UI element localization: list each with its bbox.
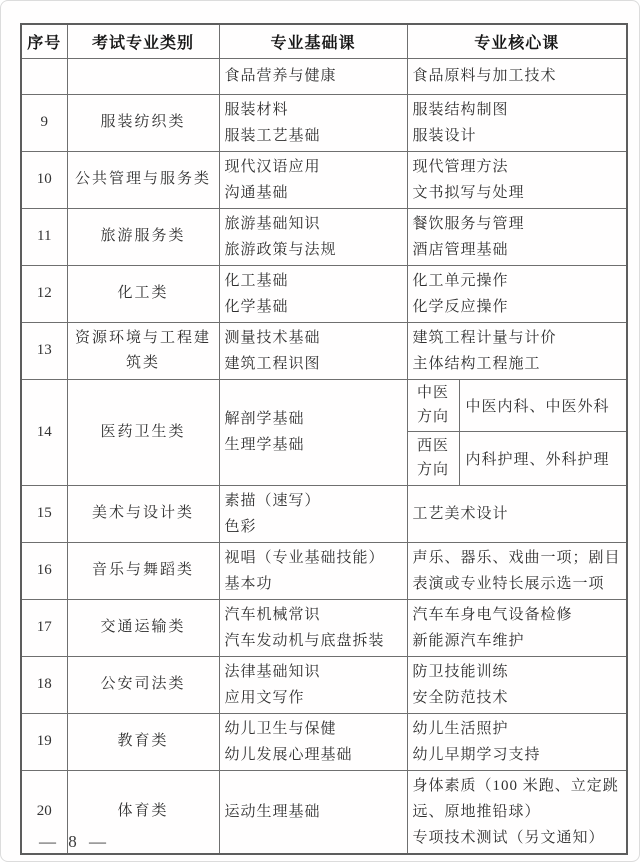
serial-cell: 17: [21, 599, 67, 656]
serial-cell: 15: [21, 485, 67, 542]
category-cell: 交通运输类: [67, 599, 219, 656]
course-line: 素描（速写）: [225, 488, 405, 514]
document-page: 序号 考试专业类别 专业基础课 专业核心课 食品营养与健康食品原料与加工技术9服…: [0, 0, 640, 862]
category-cell: 美术与设计类: [67, 485, 219, 542]
serial-cell: 16: [21, 542, 67, 599]
table-row: 9服装纺织类服装材料服装工艺基础服装结构制图服装设计: [21, 94, 627, 151]
table-row: 20体育类运动生理基础身体素质（100 米跑、立定跳远、原地推铅球）专项技术测试…: [21, 770, 627, 854]
basic-courses-cell: 服装材料服装工艺基础: [219, 94, 407, 151]
table-row: 食品营养与健康食品原料与加工技术: [21, 58, 627, 94]
basic-courses-cell: 旅游基础知识旅游政策与法规: [219, 208, 407, 265]
category-cell: 医药卫生类: [67, 379, 219, 485]
course-line: 主体结构工程施工: [413, 351, 625, 377]
course-line: 幼儿发展心理基础: [225, 742, 405, 768]
course-line: 运动生理基础: [225, 799, 405, 825]
core-courses-cell: 中医内科、中医外科: [459, 379, 627, 431]
serial-cell: 11: [21, 208, 67, 265]
category-cell: 公共管理与服务类: [67, 151, 219, 208]
course-line: 酒店管理基础: [413, 237, 625, 263]
course-line: 化学基础: [225, 294, 405, 320]
basic-courses-cell: 化工基础化学基础: [219, 265, 407, 322]
table-row: 15美术与设计类素描（速写）色彩工艺美术设计: [21, 485, 627, 542]
basic-courses-cell: 视唱（专业基础技能）基本功: [219, 542, 407, 599]
table-row: 13资源环境与工程建筑类测量技术基础建筑工程识图建筑工程计量与计价主体结构工程施…: [21, 322, 627, 379]
course-line: 防卫技能训练: [413, 659, 625, 685]
core-courses-cell: 内科护理、外科护理: [459, 431, 627, 485]
course-line: 基本功: [225, 571, 405, 597]
category-cell: 音乐与舞蹈类: [67, 542, 219, 599]
table-row: 10公共管理与服务类现代汉语应用沟通基础现代管理方法文书拟写与处理: [21, 151, 627, 208]
column-header-category: 考试专业类别: [67, 24, 219, 58]
course-line: 测量技术基础: [225, 325, 405, 351]
serial-cell: 9: [21, 94, 67, 151]
course-line: 工艺美术设计: [413, 501, 625, 527]
basic-courses-cell: 测量技术基础建筑工程识图: [219, 322, 407, 379]
course-line: 幼儿早期学习支持: [413, 742, 625, 768]
table-row: 14医药卫生类解剖学基础生理学基础中医方向中医内科、中医外科: [21, 379, 627, 431]
table-row: 19教育类幼儿卫生与保健幼儿发展心理基础幼儿生活照护幼儿早期学习支持: [21, 713, 627, 770]
category-cell: [67, 58, 219, 94]
core-courses-cell: 防卫技能训练安全防范技术: [407, 656, 627, 713]
course-line: 声乐、器乐、戏曲一项；剧目表演或专业特长展示选一项: [413, 545, 625, 597]
serial-cell: 13: [21, 322, 67, 379]
basic-courses-cell: 运动生理基础: [219, 770, 407, 854]
course-line: 服装结构制图: [413, 97, 625, 123]
table-row: 11旅游服务类旅游基础知识旅游政策与法规餐饮服务与管理酒店管理基础: [21, 208, 627, 265]
course-line: 色彩: [225, 514, 405, 540]
category-cell: 化工类: [67, 265, 219, 322]
course-line: 幼儿生活照护: [413, 716, 625, 742]
course-line: 汽车机械常识: [225, 602, 405, 628]
course-line: 化学反应操作: [413, 294, 625, 320]
course-line: 身体素质（100 米跑、立定跳远、原地推铅球）: [413, 773, 625, 825]
core-courses-cell: 建筑工程计量与计价主体结构工程施工: [407, 322, 627, 379]
column-header-basic-courses: 专业基础课: [219, 24, 407, 58]
course-line: 专项技术测试（另文通知）: [413, 825, 625, 851]
category-cell: 旅游服务类: [67, 208, 219, 265]
core-courses-cell: 声乐、器乐、戏曲一项；剧目表演或专业特长展示选一项: [407, 542, 627, 599]
serial-cell: 12: [21, 265, 67, 322]
course-line: 汽车发动机与底盘拆装: [225, 628, 405, 654]
basic-courses-cell: 素描（速写）色彩: [219, 485, 407, 542]
course-line: 服装材料: [225, 97, 405, 123]
basic-courses-cell: 食品营养与健康: [219, 58, 407, 94]
course-line: 现代管理方法: [413, 154, 625, 180]
core-courses-cell: 现代管理方法文书拟写与处理: [407, 151, 627, 208]
serial-cell: [21, 58, 67, 94]
course-line: 化工基础: [225, 268, 405, 294]
course-line: 食品营养与健康: [225, 63, 405, 89]
course-line: 服装设计: [413, 123, 625, 149]
exam-specialty-table: 序号 考试专业类别 专业基础课 专业核心课 食品营养与健康食品原料与加工技术9服…: [20, 23, 628, 855]
course-line: 餐饮服务与管理: [413, 211, 625, 237]
course-line: 建筑工程识图: [225, 351, 405, 377]
course-line: 应用文写作: [225, 685, 405, 711]
course-line: 文书拟写与处理: [413, 180, 625, 206]
course-line: 新能源汽车维护: [413, 628, 625, 654]
core-courses-cell: 食品原料与加工技术: [407, 58, 627, 94]
category-cell: 教育类: [67, 713, 219, 770]
category-cell: 公安司法类: [67, 656, 219, 713]
basic-courses-cell: 现代汉语应用沟通基础: [219, 151, 407, 208]
course-line: 解剖学基础: [225, 406, 405, 432]
table-row: 16音乐与舞蹈类视唱（专业基础技能）基本功声乐、器乐、戏曲一项；剧目表演或专业特…: [21, 542, 627, 599]
table-row: 18公安司法类法律基础知识应用文写作防卫技能训练安全防范技术: [21, 656, 627, 713]
course-line: 汽车车身电气设备检修: [413, 602, 625, 628]
basic-courses-cell: 幼儿卫生与保健幼儿发展心理基础: [219, 713, 407, 770]
column-header-core-courses: 专业核心课: [407, 24, 627, 58]
course-line: 沟通基础: [225, 180, 405, 206]
table-row: 17交通运输类汽车机械常识汽车发动机与底盘拆装汽车车身电气设备检修新能源汽车维护: [21, 599, 627, 656]
course-line: 化工单元操作: [413, 268, 625, 294]
serial-cell: 18: [21, 656, 67, 713]
course-line: 食品原料与加工技术: [413, 63, 625, 89]
table-header-row: 序号 考试专业类别 专业基础课 专业核心课: [21, 24, 627, 58]
table-row: 12化工类化工基础化学基础化工单元操作化学反应操作: [21, 265, 627, 322]
course-line: 视唱（专业基础技能）: [225, 545, 405, 571]
course-line: 法律基础知识: [225, 659, 405, 685]
basic-courses-cell: 汽车机械常识汽车发动机与底盘拆装: [219, 599, 407, 656]
core-courses-cell: 餐饮服务与管理酒店管理基础: [407, 208, 627, 265]
serial-cell: 19: [21, 713, 67, 770]
course-line: 旅游政策与法规: [225, 237, 405, 263]
core-courses-cell: 工艺美术设计: [407, 485, 627, 542]
table-body: 食品营养与健康食品原料与加工技术9服装纺织类服装材料服装工艺基础服装结构制图服装…: [21, 58, 627, 854]
direction-cell: 西医方向: [407, 431, 459, 485]
serial-cell: 10: [21, 151, 67, 208]
category-cell: 资源环境与工程建筑类: [67, 322, 219, 379]
serial-cell: 14: [21, 379, 67, 485]
course-line: 幼儿卫生与保健: [225, 716, 405, 742]
core-courses-cell: 服装结构制图服装设计: [407, 94, 627, 151]
core-courses-cell: 幼儿生活照护幼儿早期学习支持: [407, 713, 627, 770]
direction-cell: 中医方向: [407, 379, 459, 431]
course-line: 安全防范技术: [413, 685, 625, 711]
core-courses-cell: 身体素质（100 米跑、立定跳远、原地推铅球）专项技术测试（另文通知）: [407, 770, 627, 854]
course-line: 服装工艺基础: [225, 123, 405, 149]
category-cell: 服装纺织类: [67, 94, 219, 151]
course-line: 生理学基础: [225, 432, 405, 458]
course-line: 旅游基础知识: [225, 211, 405, 237]
column-header-serial: 序号: [21, 24, 67, 58]
basic-courses-cell: 解剖学基础生理学基础: [219, 379, 407, 485]
course-line: 现代汉语应用: [225, 154, 405, 180]
course-line: 建筑工程计量与计价: [413, 325, 625, 351]
core-courses-cell: 汽车车身电气设备检修新能源汽车维护: [407, 599, 627, 656]
page-number: — 8 —: [39, 832, 110, 852]
core-courses-cell: 化工单元操作化学反应操作: [407, 265, 627, 322]
basic-courses-cell: 法律基础知识应用文写作: [219, 656, 407, 713]
